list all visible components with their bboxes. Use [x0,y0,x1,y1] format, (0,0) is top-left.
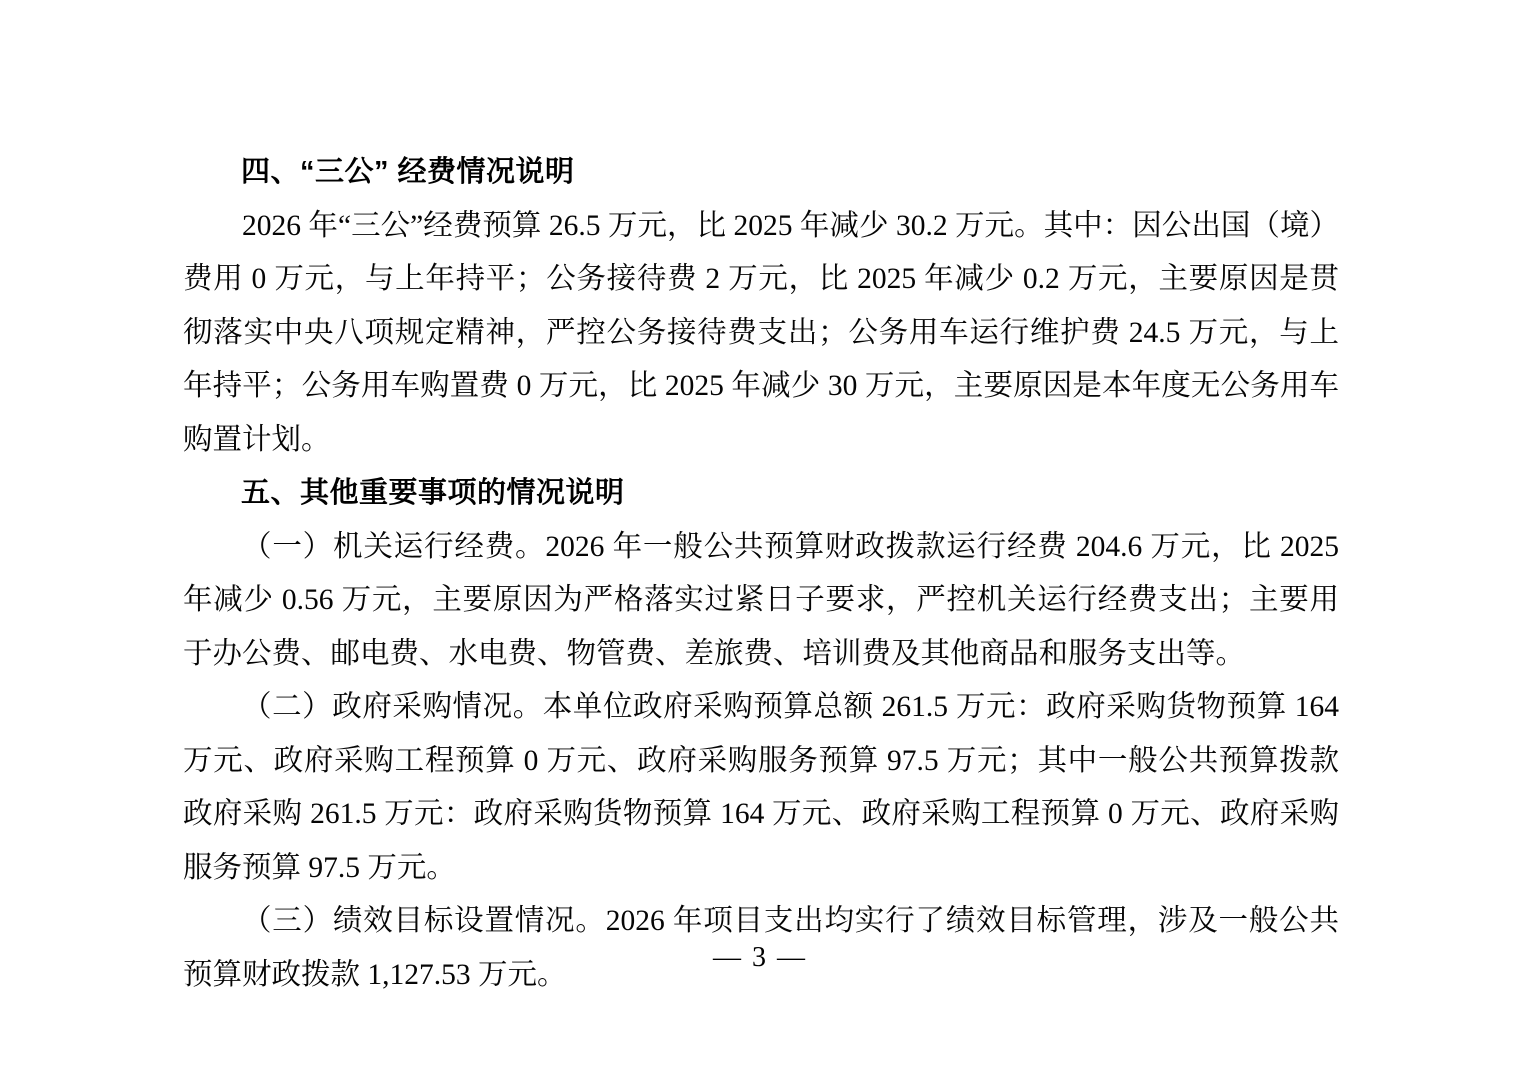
paragraph-operating-funds: （一）机关运行经费。2026 年一般公共预算财政拨款运行经费 204.6 万元，… [183,521,1339,682]
document-page: 四、“三公” 经费情况说明 2026 年“三公”经费预算 26.5 万元，比 2… [0,0,1520,1074]
section-heading-three-public-expenses: 四、“三公” 经费情况说明 [183,146,1339,200]
paragraph-government-procurement: （二）政府采购情况。本单位政府采购预算总额 261.5 万元：政府采购货物预算 … [183,681,1339,895]
paragraph-three-public-expenses: 2026 年“三公”经费预算 26.5 万元，比 2025 年减少 30.2 万… [183,200,1339,468]
section-heading-other-important-matters: 五、其他重要事项的情况说明 [183,467,1339,521]
page-number: — 3 — [0,938,1520,978]
document-content: 四、“三公” 经费情况说明 2026 年“三公”经费预算 26.5 万元，比 2… [183,146,1339,1002]
